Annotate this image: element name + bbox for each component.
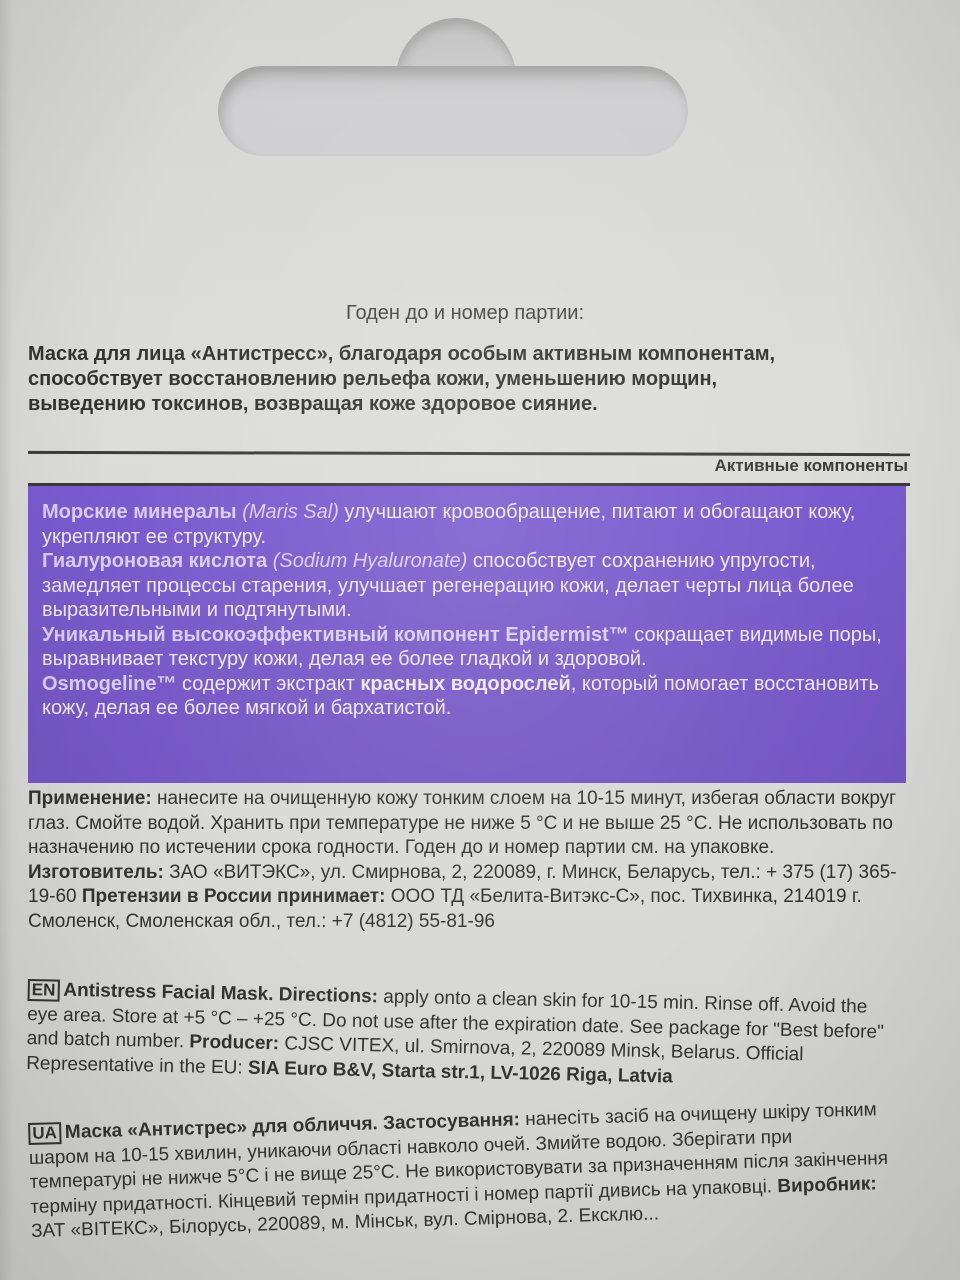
hanger-hole bbox=[218, 18, 688, 158]
usage-section-ru: Применение: нанесите на очищенную кожу т… bbox=[28, 787, 898, 934]
usage-section-ua: UAМаска «Антистрес» для обличчя. Застосу… bbox=[28, 1098, 901, 1245]
component-name: Морские минералы bbox=[42, 501, 237, 523]
component-epidermist: Уникальный высокоэффективный компонент E… bbox=[42, 623, 892, 672]
lang-tag-en: EN bbox=[28, 979, 60, 1002]
eu-representative: SIA Euro B&V, Starta str.1, LV-1026 Riga… bbox=[248, 1057, 673, 1087]
usage-text: нанесите на очищенную кожу тонким слоем … bbox=[28, 788, 896, 858]
component-osmogeline: Osmogeline™ содержит экстракт красных во… bbox=[42, 672, 892, 721]
product-intro: Маска для лица «Антистресс», благодаря о… bbox=[28, 342, 828, 417]
en-title: Antistress Facial Mask. Directions: bbox=[63, 980, 378, 1008]
hanger-hole-slot bbox=[218, 66, 688, 156]
lang-tag-ua: UA bbox=[28, 1122, 61, 1145]
producer-label: Producer: bbox=[189, 1031, 279, 1054]
ua-maker-label: Виробник: bbox=[777, 1173, 877, 1197]
maker-label: Изготовитель: bbox=[28, 862, 164, 883]
package-edge-shadow bbox=[0, 0, 14, 1280]
component-sea-minerals: Морские минералы (Maris Sal) улучшают кр… bbox=[42, 500, 892, 549]
batch-label: Годен до и номер партии: bbox=[0, 302, 930, 325]
component-hyaluronic-acid: Гиалуроновая кислота (Sodium Hyaluronate… bbox=[42, 549, 892, 623]
component-name: Уникальный высокоэффективный компонент E… bbox=[42, 624, 629, 646]
usage-section-en: ENAntistress Facial Mask. Directions: ap… bbox=[26, 978, 898, 1094]
component-name: Гиалуроновая кислота bbox=[42, 550, 267, 572]
component-name: Osmogeline™ bbox=[42, 673, 176, 695]
active-components-heading: Активные компоненты bbox=[715, 456, 908, 476]
usage-label: Применение: bbox=[28, 788, 152, 809]
claims-label: Претензии в России принимает: bbox=[82, 886, 386, 907]
component-text: содержит экстракт bbox=[176, 673, 360, 695]
active-components-box: Морские минералы (Maris Sal) улучшают кр… bbox=[28, 486, 906, 783]
component-highlight: красных водорослей bbox=[360, 673, 570, 695]
component-latin: (Maris Sal) bbox=[242, 501, 339, 523]
component-latin: (Sodium Hyaluronate) bbox=[273, 550, 468, 572]
